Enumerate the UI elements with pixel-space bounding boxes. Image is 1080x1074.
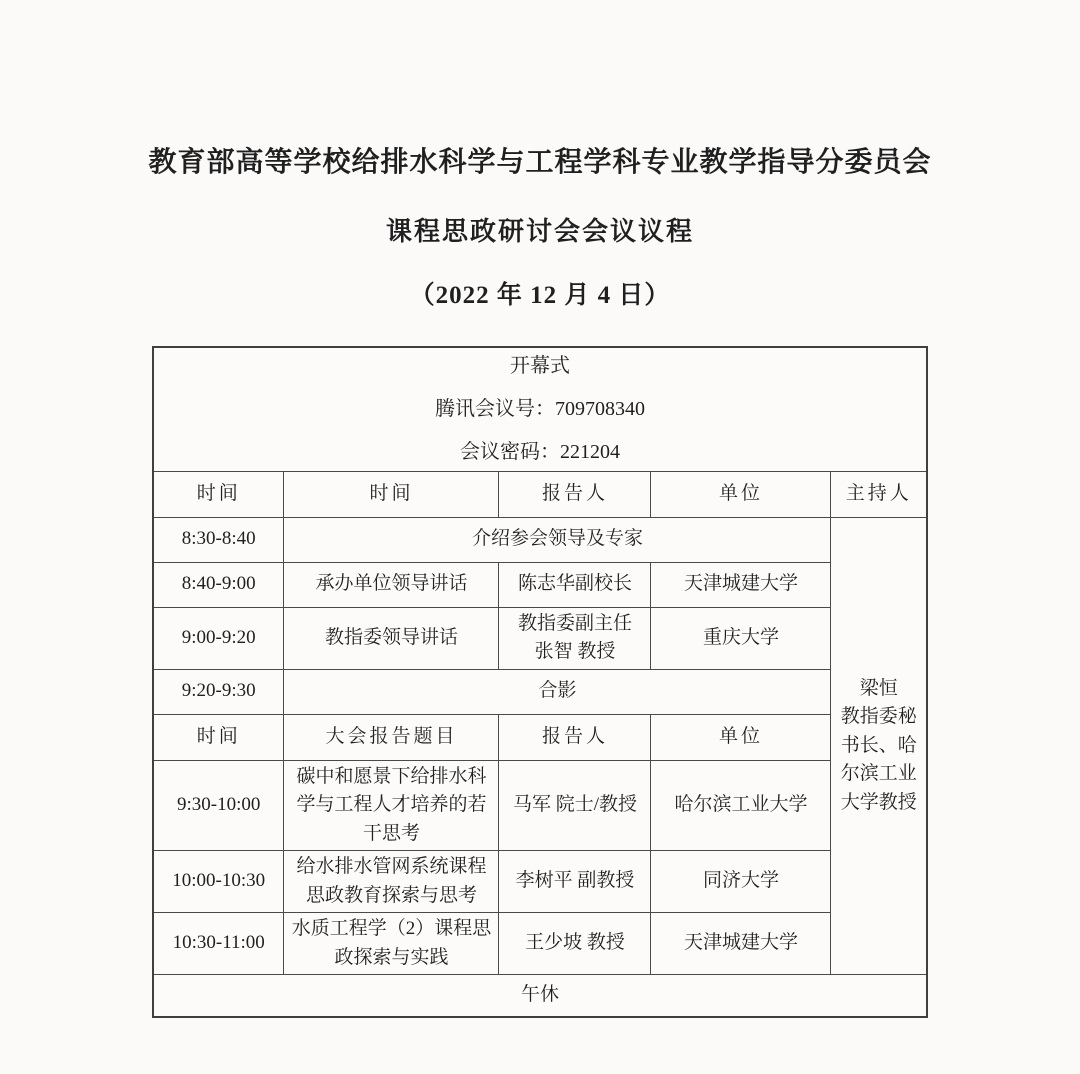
time-cell: 9:20-9:30 bbox=[153, 669, 284, 714]
content-cell: 合影 bbox=[284, 669, 831, 714]
content-cell: 教指委领导讲话 bbox=[284, 607, 499, 669]
header-time-2: 时间 bbox=[153, 714, 284, 760]
header-topic: 大会报告题目 bbox=[284, 714, 499, 760]
speaker-role-line: 教指委副主任 bbox=[504, 610, 645, 639]
header-speaker-1: 报告人 bbox=[499, 471, 651, 517]
document-date-line: （2022 年 12 月 4 日） bbox=[0, 275, 1080, 311]
time-cell: 10:00-10:30 bbox=[153, 851, 284, 913]
time-cell: 9:00-9:20 bbox=[153, 607, 284, 669]
unit-cell: 天津城建大学 bbox=[651, 562, 831, 607]
table-row: 8:40-9:00 承办单位领导讲话 陈志华副校长 天津城建大学 bbox=[153, 562, 927, 607]
table-row: 10:00-10:30 给水排水管网系统课程思政教育探索与思考 李树平 副教授 … bbox=[153, 851, 927, 913]
table-row: 9:30-10:00 碳中和愿景下给排水科学与工程人才培养的若干思考 马军 院士… bbox=[153, 760, 927, 851]
opening-section-row: 开幕式 腾讯会议号：709708340 会议密码：221204 bbox=[153, 347, 927, 471]
topic-cell: 给水排水管网系统课程思政教育探索与思考 bbox=[284, 851, 499, 913]
time-cell: 9:30-10:00 bbox=[153, 760, 284, 851]
header-content: 时间 bbox=[284, 471, 499, 517]
header-row-2: 时间 大会报告题目 报告人 单位 bbox=[153, 714, 927, 760]
header-unit-2: 单位 bbox=[651, 714, 831, 760]
lunch-break-cell: 午休 bbox=[153, 975, 927, 1017]
lunch-break-row: 午休 bbox=[153, 975, 927, 1017]
content-cell: 介绍参会领导及专家 bbox=[284, 517, 831, 562]
meeting-password-line: 会议密码：221204 bbox=[159, 441, 921, 463]
document-title-line1: 教育部高等学校给排水科学与工程学科专业教学指导分委员会 bbox=[0, 140, 1080, 180]
time-cell: 10:30-11:00 bbox=[153, 913, 284, 975]
header-host: 主持人 bbox=[831, 471, 927, 517]
document-title-line2: 课程思政研讨会会议议程 bbox=[0, 211, 1080, 248]
speaker-cell: 王少坡 教授 bbox=[499, 913, 651, 975]
speaker-cell: 教指委副主任 张智 教授 bbox=[499, 607, 651, 669]
speaker-name-line: 张智 教授 bbox=[504, 638, 645, 667]
table-row: 8:30-8:40 介绍参会领导及专家 梁恒 教指委秘书长、哈尔滨工业大学教授 bbox=[153, 517, 927, 562]
header-row-1: 时间 时间 报告人 单位 主持人 bbox=[153, 471, 927, 517]
host-cell: 梁恒 教指委秘书长、哈尔滨工业大学教授 bbox=[831, 517, 927, 975]
unit-cell: 重庆大学 bbox=[651, 607, 831, 669]
unit-cell: 同济大学 bbox=[651, 851, 831, 913]
topic-cell: 水质工程学（2）课程思政探索与实践 bbox=[284, 913, 499, 975]
meeting-password-value: 221204 bbox=[560, 441, 620, 463]
opening-title: 开幕式 bbox=[159, 355, 921, 377]
unit-cell: 天津城建大学 bbox=[651, 913, 831, 975]
header-unit-1: 单位 bbox=[651, 471, 831, 517]
schedule-table: 开幕式 腾讯会议号：709708340 会议密码：221204 时间 时间 报告… bbox=[152, 346, 928, 1018]
speaker-cell: 陈志华副校长 bbox=[499, 562, 651, 607]
topic-cell: 碳中和愿景下给排水科学与工程人才培养的若干思考 bbox=[284, 760, 499, 851]
title-block: 教育部高等学校给排水科学与工程学科专业教学指导分委员会 课程思政研讨会会议议程 … bbox=[0, 0, 1080, 311]
host-title: 教指委秘书长、哈尔滨工业大学教授 bbox=[836, 703, 921, 817]
opening-section-cell: 开幕式 腾讯会议号：709708340 会议密码：221204 bbox=[153, 347, 927, 471]
table-row: 10:30-11:00 水质工程学（2）课程思政探索与实践 王少坡 教授 天津城… bbox=[153, 913, 927, 975]
speaker-cell: 李树平 副教授 bbox=[499, 851, 651, 913]
agenda-page: 教育部高等学校给排水科学与工程学科专业教学指导分委员会 课程思政研讨会会议议程 … bbox=[0, 0, 1080, 1074]
host-name: 梁恒 bbox=[836, 675, 921, 704]
header-speaker-2: 报告人 bbox=[499, 714, 651, 760]
content-cell: 承办单位领导讲话 bbox=[284, 562, 499, 607]
meeting-password-label: 会议密码： bbox=[460, 441, 560, 463]
time-cell: 8:40-9:00 bbox=[153, 562, 284, 607]
table-row: 9:20-9:30 合影 bbox=[153, 669, 927, 714]
tencent-meeting-number: 709708340 bbox=[555, 398, 645, 420]
tencent-meeting-label: 腾讯会议号： bbox=[435, 398, 555, 420]
header-time-1: 时间 bbox=[153, 471, 284, 517]
unit-cell: 哈尔滨工业大学 bbox=[651, 760, 831, 851]
speaker-cell: 马军 院士/教授 bbox=[499, 760, 651, 851]
table-row: 9:00-9:20 教指委领导讲话 教指委副主任 张智 教授 重庆大学 bbox=[153, 607, 927, 669]
time-cell: 8:30-8:40 bbox=[153, 517, 284, 562]
tencent-meeting-line: 腾讯会议号：709708340 bbox=[159, 398, 921, 420]
